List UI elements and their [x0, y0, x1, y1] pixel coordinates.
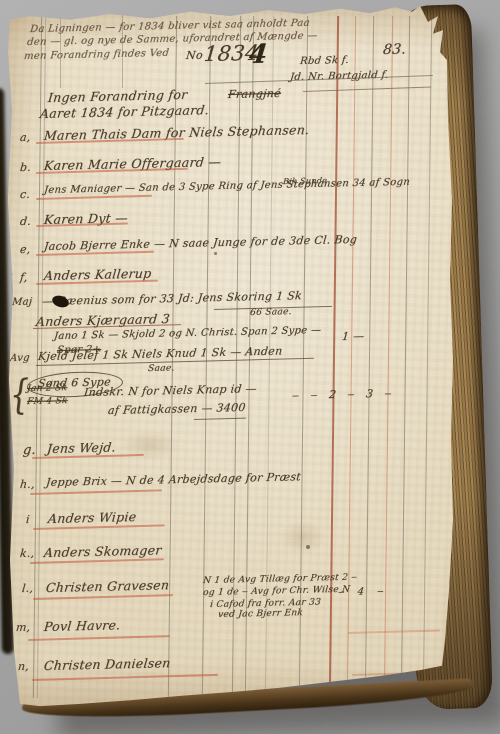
margin-letter: f, [19, 271, 28, 284]
margin-letter: a, [19, 131, 31, 144]
entry-text: Povl Havre. [43, 617, 121, 634]
entry-superscript: Bik Sunde [283, 176, 328, 186]
cross-mark: x [4, 661, 11, 672]
margin-letter: k., [19, 547, 35, 560]
ink-speck [306, 545, 310, 549]
margin-letter: d. [19, 215, 31, 228]
header-no-label: No [185, 49, 203, 62]
margin-letter: g. [22, 443, 37, 458]
entry-text: Anders Skomager [43, 542, 162, 560]
ink-speck [214, 252, 217, 255]
column-mark: 1 — [341, 329, 365, 343]
column-marks: ‒ 4 ‒ [337, 586, 389, 598]
brace-mark: { [10, 372, 30, 420]
entry-note: ved Jac Bjerr Enk [217, 608, 303, 620]
margin-letter: l., [21, 582, 34, 595]
intro-struck-word: Frangjné [227, 87, 281, 101]
entry-struck-subtext: Jan 2 Sk [26, 383, 67, 394]
ledger-page: Da Ligningen — for 1834 bliver vist saa … [0, 0, 500, 734]
margin-letter: n, [17, 660, 29, 673]
paper-stain [280, 520, 326, 554]
entry-subtext: Saae. [147, 363, 175, 374]
entry-text: Jens Wejd. [46, 439, 116, 456]
entry-text: Christen Gravesen [45, 577, 170, 595]
entry-text: Anders Wipie [47, 509, 137, 526]
margin-letter: Maj [11, 297, 32, 308]
cross-mark: x [6, 271, 13, 282]
entry-text: Christen Danielsen [43, 655, 171, 673]
margin-letter: h., [19, 478, 35, 491]
photo-of-ledger-page: Da Ligningen — for 1834 bliver vist saa … [0, 0, 500, 734]
entry-struck-subtext: FM 4 Sk [26, 396, 68, 407]
header-overwritten-4: 4 [247, 40, 268, 70]
page-number: 83. [382, 41, 407, 58]
paper-stain [120, 430, 180, 460]
margin-letter: b. [19, 161, 31, 174]
header-flourish-1: Rbd Sk f. [299, 55, 349, 67]
margin-letter: Avg [9, 353, 30, 364]
margin-letter: e, [19, 243, 31, 256]
margin-letter: c. [19, 188, 31, 201]
column-marks: ‒ ‒ 2 ‒ 3 ‒ [291, 387, 396, 402]
margin-letter: m, [15, 621, 31, 634]
